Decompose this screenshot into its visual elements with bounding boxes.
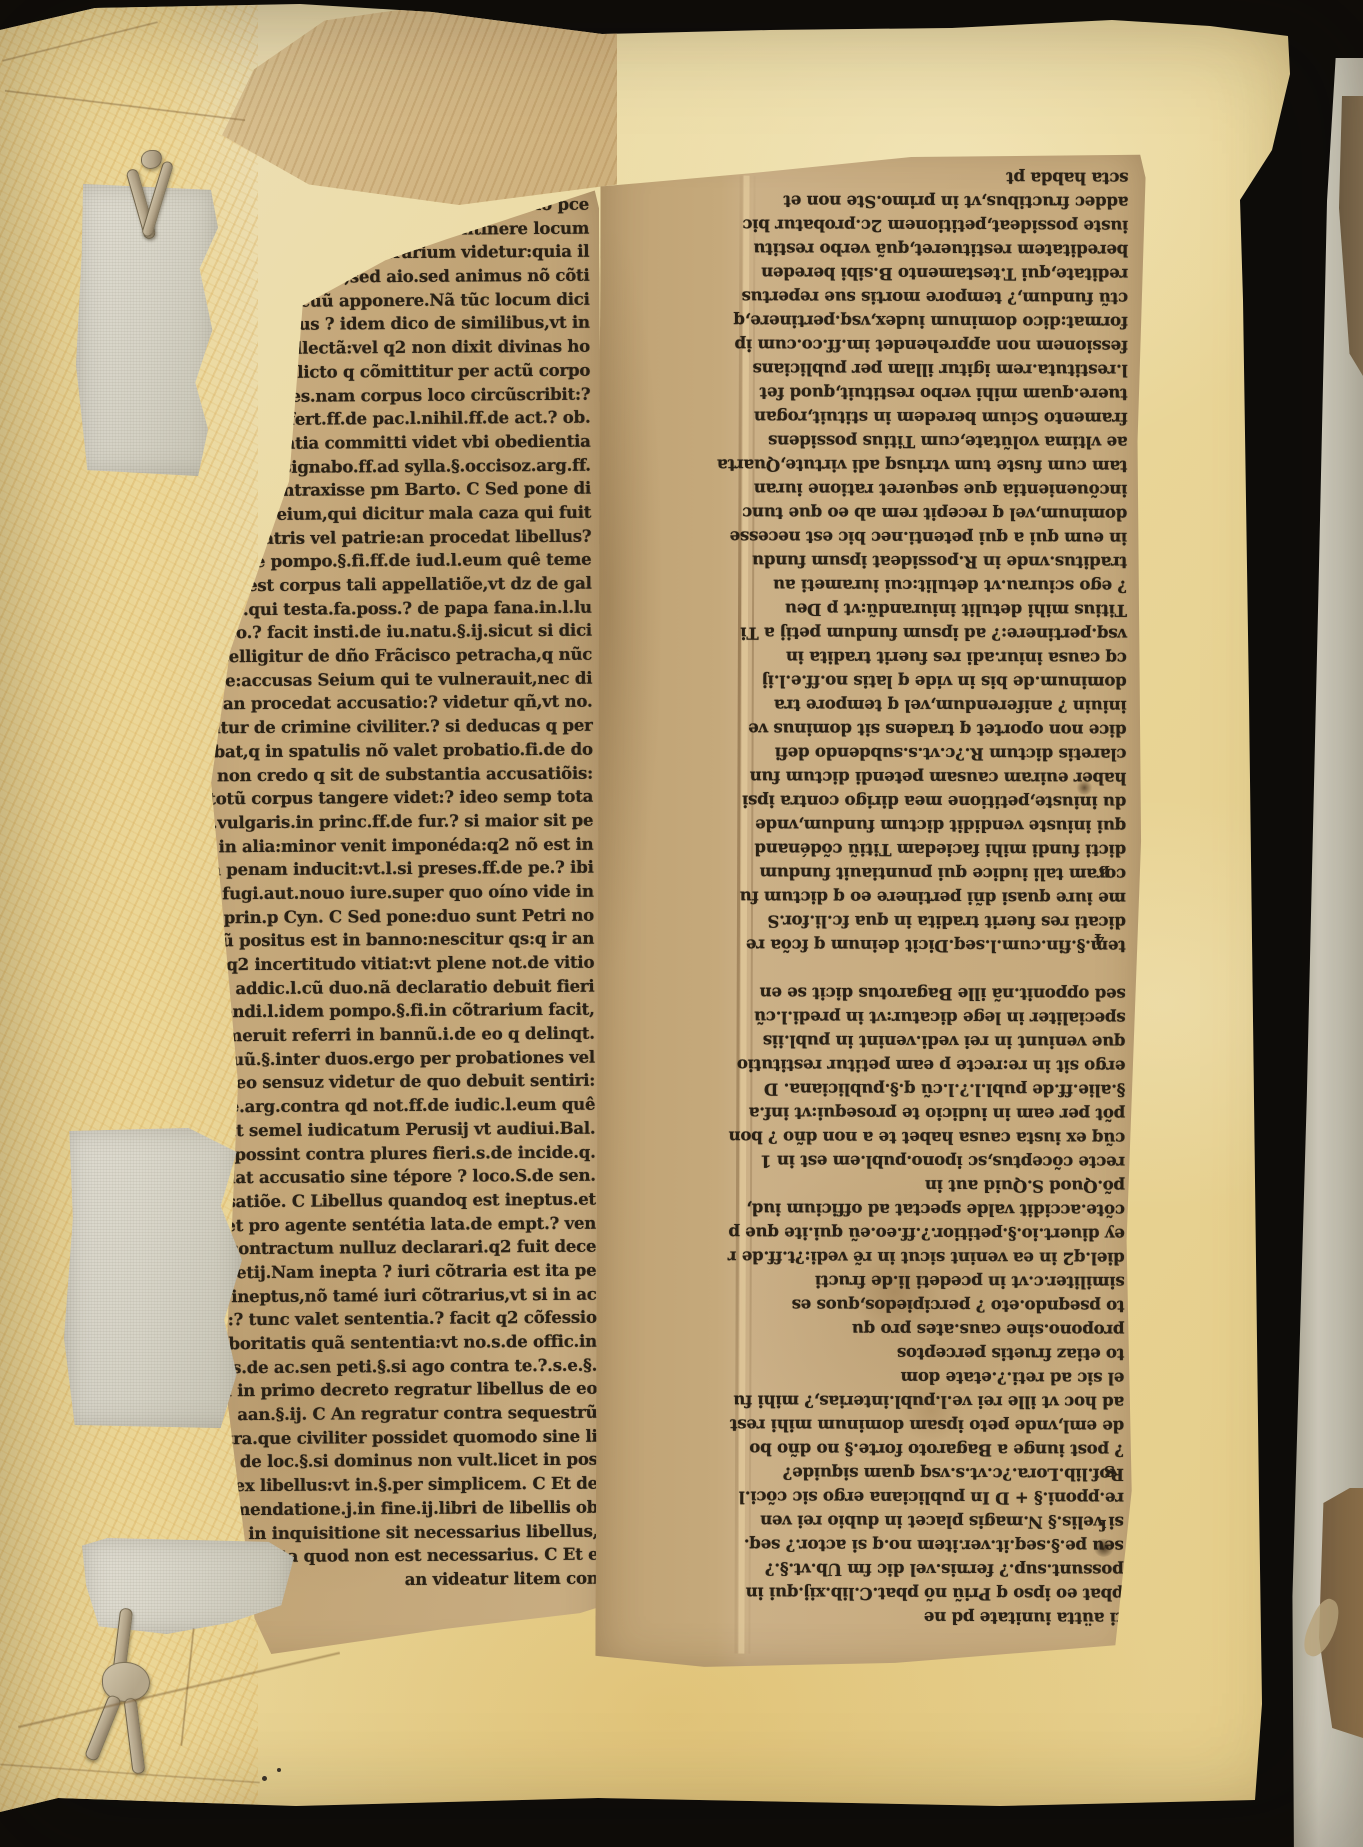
text-line: tefacio,de eo sensuz videtur de quo debu… [223,1069,595,1095]
text-line: rei vendi.l.idem pompo.§.fi.in cõtrarium… [223,998,595,1024]
text-line: a.l.vulgaris.in princ.ff.de fur.? si mai… [221,809,593,835]
text-line: Rof.lib.Lora.?c.vt.s.vsq quam siquide? [744,1462,1124,1487]
text-line: ntra.que civiliter possidet quomodo sine… [226,1424,598,1450]
text-line: põ.Quod S.Quid aut in [745,1174,1125,1199]
text-line: el sic ad reti.?.etate dom [744,1366,1124,1391]
text-line: ? ego sciurau.vt detulit:cui iurameti au [747,574,1127,599]
text-line: cuz consignabo.ff.ad sylla.§.occisoz.arg… [219,453,591,479]
text-line: Ego non credo q sit de substantia accusa… [221,761,593,787]
text-line: ser.fugi.aut.nouo iure.super quo oíno vi… [222,880,594,906]
ink-dot [277,1768,281,1772]
text-line: bereditatem restitueret,quã verbo restit… [748,238,1128,263]
text-line: .d.l.contraxisse pm Barto. C Sed pone di [219,477,591,503]
text-line: ad hoc vt ille rei ve.l.publ.interias,? … [744,1390,1124,1415]
text-line: cq causa iniur.adi res fuerit tradita in [747,646,1127,671]
text-line: haber euiram causam petendi dictum fun [746,766,1126,791]
text-line: dominum.de bis in vide q latis no.ff.e.l… [747,670,1127,695]
text-line: maleficio Seium,qui dicitur mala caza qu… [219,501,591,527]
text-line: Titius mihi detulit iniurandũ:vt p Deu [747,598,1127,623]
text-line: coram tali iudice qui pnuntiauit fundum [746,862,1126,887]
text-line: n emendatione.j.in fine.ij.libri de libe… [226,1495,598,1521]
text-line: gatur de crimine civiliter.? si deducas … [221,714,593,740]
photo-of-book-binding: itur an accusatio pcecusatorius debet co… [0,0,1363,1847]
text-line: que veniunt in rei vedi.venint in publ.i… [745,1030,1125,1055]
text-line: iniuin ? aniferendum,vel q tempore tra [747,694,1127,719]
margin-letter: ſ [1100,1516,1106,1534]
text-line: traditus.vnde in R.possideat ipsum fundu [747,550,1127,575]
text-line: lorentie.arg.contra qd not.ff.de iudic.l… [223,1093,595,1119]
text-line: am iusti pretij.Nam inepta ? iuri cõtrar… [224,1259,596,1285]
text-line: in eum qui a qui petenti.nec bic est nec… [747,526,1127,551]
text-line: n diem addic.l.cũ duo.nã declaratio debu… [222,974,594,1000]
text-line: dominum,vel q recepit rem ab eo que tunc [747,502,1127,527]
text-line: bat,q in spatulis nõ valet probatio.fi.d… [221,737,593,763]
text-line: re.pponi.§ + D In publiciana ergo sic cõ… [744,1486,1124,1511]
text-line: ctũ fundum,? tempore mortis sue repertus [748,286,1128,311]
text-line: i ven.l.idé pompo.§.fi.ff.de iud.l.eum q… [219,548,591,574]
text-line: addec fructibus,vt in primo.Ste non et [748,190,1128,215]
text-line: diel.q2 in ea venint sicut in rẽ vedi:?t… [745,1246,1125,1271]
text-line: an in inquisitione sit necessarius libel… [226,1519,598,1545]
text-line: cum peto contractum nulluz declarari.q2 … [224,1235,596,1261]
text-line: cusatorius debet continere locum [217,216,589,242]
text-line: si velis.§ N.magis placet in dubio rei v… [744,1510,1124,1535]
text-line: us:? tunc valet sententia.? facit q2 cõf… [225,1306,597,1332]
text-line: framento Scium beredem in stituit,rogan [748,406,1128,431]
text-line: aan.§.ij. C An regratur contra sequestrũ [225,1401,597,1427]
margin-letter: S [1104,1462,1115,1480]
ink-dot [262,1776,267,1781]
text-line [746,958,1126,983]
text-line: ationes possint contra plures fieri.s.de… [224,1140,596,1166]
margin-letter: 4 [1094,930,1104,948]
text-line: ti aütta iunitate pd ne [743,1606,1123,1631]
text-line: possunt.sup.? fernis.vel dic fm Ub.vt.§.… [744,1558,1124,1583]
text-line: ey diuert.io.§.petitior.?.ff.eo.eũ qui.i… [745,1222,1125,1247]
text-line: sed opponit.nã ille Bagarotus dicit se e… [746,982,1126,1007]
text-line: tem.§.fin.cum.l.seq.Dicit deinum q fcõa … [746,934,1126,959]
text-line: n an procedat accusatio sine tépore ? lo… [224,1164,596,1190]
text-line: s cozũ positus est in banno:nescitur qs:… [222,927,594,953]
text-line: pm Jaco.? facit insti.de iu.natu.§.ij.si… [220,619,592,645]
vellum-tan-patch [222,0,617,205]
text-line: dicti fundi mihi faciedam Titiũ cõdénand [746,838,1126,863]
text-line: er accusatiõe. C Libellus quandoq est in… [224,1188,596,1214]
text-line: uis seruũ.§.inter duos.ergo per probatio… [223,1045,595,1071]
margin-letter: b [1099,862,1110,880]
text-line: titur corpore,sed aio.sed animus nõ cõti [217,264,589,290]
text-line: similiter.c.vt in pcedeti li.de fructi [745,1270,1125,1295]
text-line: to etiaz fruetis perceptos [744,1342,1124,1367]
text-line: fessionem non apprehendet im.ff.co.cum i… [748,334,1128,359]
text-line: e.: de loc.§.si dominus non vult.licet i… [226,1448,598,1474]
text-line: §.alie.ff.de publ.l.?.l.cũ q.§.publician… [745,1078,1125,1103]
text-line: boritatis quã sententia:vt no.s.de offic… [225,1330,597,1356]
text-line: :intelligitur de dño Frãcisco petracha,q… [220,643,592,669]
text-line: monstramus ? idem dico de similibus,vt i… [218,311,590,337]
text-line: s:an procedat accusatio:? videtur qñ,vt … [220,690,592,716]
text-line: dicati res fuerit tradita in qua fc.li.f… [746,910,1126,935]
text-line: soluit collectã:vel q2 non dixit divinas… [218,335,590,361]
text-line: recte cõceptus,sc ipono.publ.em est in 1 [745,1150,1125,1175]
text-line: du iniuste,petitione mea dirigo contra i… [746,790,1126,815]
text-line: de eml,vnde peto ipsam dominum mihi rest [744,1414,1124,1439]
text-line: seu pe.§.seq.it.ver.item no.q si actor.?… [744,1534,1124,1559]
text-line: l.restituta.rem igitur illam per publici… [748,358,1128,383]
text-line: qui iniuste vendidit dictum fundum,vnde [746,814,1126,839]
text-line: eo qui meruit referri in bannũ.i.de eo q… [223,1022,595,1048]
printed-column-right-rotated: ti aütta iunitate pd nepbat eo ipso q Pr… [743,162,1128,1631]
text-line: ln in primo decreto regratur libellus de… [225,1377,597,1403]
parchment-cover: itur an accusatio pcecusatorius debet co… [0,0,1290,1822]
text-line: to pseqndo.eto ? percipiedos,quos es [745,1294,1125,1319]
text-line: nem penam inducit:vt.l.si preses.ff.de p… [222,856,594,882]
text-line: o nomé patris vel patrie:an procedat lib… [219,524,591,550]
text-line: p nõ:q2 incertitudo vitiat:vt plene not.… [222,951,594,977]
text-line: ertos fines.nam corpus loco circũscribit… [218,382,590,408]
text-line: ? post iunge a Bagaroto forte.§ no dño b… [744,1438,1124,1463]
text-line: reditate,qui T.testamento B.sibi bereden [748,262,1128,287]
text-line: dice non oportet q tradens sit dominus v… [747,718,1127,743]
text-line: iuste possideat,petitionem 2c.probatur b… [748,214,1128,239]
printed-column-left: itur an accusatio pcecusatorius debet co… [217,193,599,1593]
text-line: lt se transfert.ff.de pac.l.nihil.ff.de … [218,406,590,432]
tawed-patch-bottom [64,1128,242,1428]
text-line: itur in delicto q cõmittitur per actũ co… [218,358,590,384]
pastedown-leaf-right: ti aütta iunitate pd nepbat eo ipso q Pr… [595,139,1145,1673]
text-line: ae vltima volũtate,cum Titius possidens [748,430,1128,455]
text-line: cõte.accidit valde spectat ad officium i… [745,1198,1125,1223]
text-line: ocum vacuũ apponere.Nã tũc locum dici [218,287,590,313]
text-line: ex libellus:vt in.§.per simplicem. C Et … [226,1472,598,1498]
text-line: scta habda pt [749,166,1129,191]
text-line: ? ita fuit semel iudicatum Perusij vt au… [223,1116,595,1142]
text-line: ?.s.de ac.sen peti.§.si ago contra te.?.… [225,1353,597,1379]
text-line: bellorum. In contrarium videtur:quia il [217,240,589,266]
text-line: ineptus,nõ tamé iuri cõtrarius,vt si in … [225,1282,597,1308]
text-line: propono.sine caus.ates pro qu [744,1318,1124,1343]
text-line: prin.p Cyn. C Sed pone:duo sunt Petri no [222,903,594,929]
text-line: :totũ corpus tangere videt:? ideo semp t… [221,785,593,811]
text-line: tuere.quam mihi verbo restituit,quod fet [748,382,1128,407]
text-line: tertum est corpus tali appellatiõe,vt dz… [220,572,592,598]
text-line: vsq.pertinere:? ad ipsum fundum petij a … [747,622,1127,647]
text-line: põt per eam in iudicio te prosequi:vt in… [745,1102,1125,1127]
text-line: ssima.C.qui testa.fa.poss.? de papa fana… [220,595,592,621]
text-line: tam cum fuste tum vtriusq adi virtute,Qu… [747,454,1127,479]
text-line: format:dico dominum iudex,vsq.pertinere,… [748,310,1128,335]
text-line: claretis dictum R.?c.vt.s.subdendo defi [746,742,1126,767]
text-line: incõuenientia que sequeret ratione iuran [747,478,1127,503]
text-line: pbat eo ipso q Priũ nõ pbat.C.lib.xij.qu… [744,1582,1124,1607]
text-line: me iure quasi dñi pertinere eo q dictum … [746,886,1126,911]
text-line: s q in alia:minor venit imponéda:q2 nõ e… [221,832,593,858]
text-line: egligentia committi videt vbi obedientia [219,430,591,456]
text-line: cũq ex iusta causa habet te a non dño ? … [745,1126,1125,1151]
text-line: ergo sit in re:recte p eam petitur resti… [745,1054,1125,1079]
text-line: anc nõ tenet pro agente sentétia lata.de… [224,1211,596,1237]
text-line: pone:accusas Seium qui te vulnerauit,nec… [220,666,592,692]
text-line: specialiter in lege dicatur:vt in predi.… [746,1006,1126,1031]
